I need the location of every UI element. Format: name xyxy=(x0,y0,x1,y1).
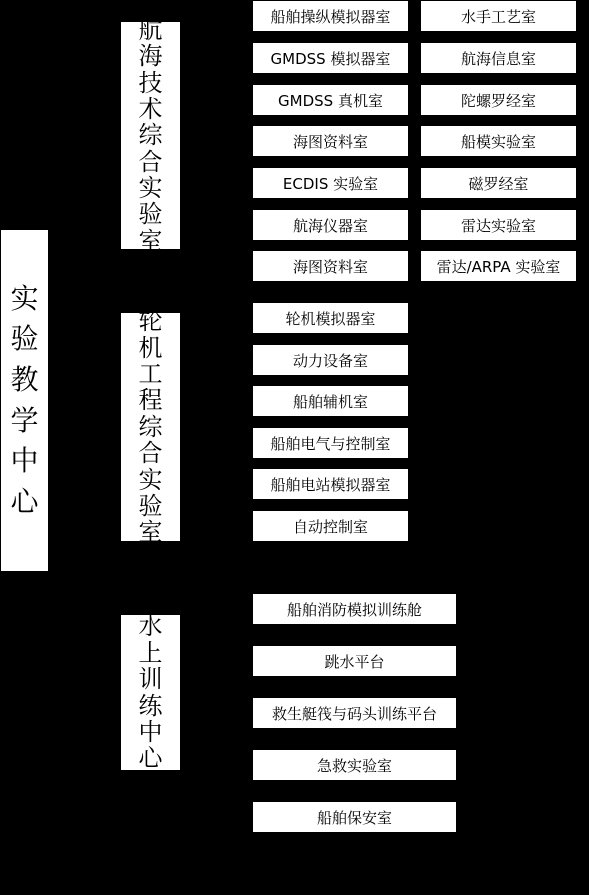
lab-node: 轮机模拟器室 xyxy=(253,303,408,333)
vertical-label-char: 综 xyxy=(139,122,163,148)
vertical-label-char: 上 xyxy=(139,640,163,666)
vertical-label-char: 中 xyxy=(139,719,163,745)
lab-node: 船舶电气与控制室 xyxy=(253,428,408,458)
category-navigation-technology-lab: 航海技术综合实验室 xyxy=(121,22,180,249)
root-node-experimental-teaching-center: 实验教学中心 xyxy=(1,230,48,571)
lab-node: 陀螺罗经室 xyxy=(421,85,576,115)
vertical-label-char: 海 xyxy=(139,43,163,69)
vertical-label-char: 合 xyxy=(139,440,163,466)
lab-node: 跳水平台 xyxy=(253,646,456,676)
lab-node: 磁罗经室 xyxy=(421,168,576,198)
vertical-label-char: 教 xyxy=(10,360,38,401)
vertical-label-char: 验 xyxy=(10,319,38,360)
vertical-label-char: 轮 xyxy=(139,308,163,334)
vertical-label-char: 心 xyxy=(10,482,38,523)
vertical-label-char: 室 xyxy=(139,519,163,545)
vertical-label-char: 训 xyxy=(139,666,163,692)
category-marine-engineering-lab: 轮机工程综合实验室 xyxy=(121,313,180,541)
vertical-label-char: 验 xyxy=(139,493,163,519)
category-water-training-center: 水上训练中心 xyxy=(121,615,180,770)
lab-node: GMDSS 模拟器室 xyxy=(253,43,408,73)
vertical-label-char: 术 xyxy=(139,96,163,122)
lab-node: 雷达实验室 xyxy=(421,210,576,240)
vertical-label-char: 合 xyxy=(139,149,163,175)
vertical-label-char: 工 xyxy=(139,361,163,387)
vertical-label-char: 水 xyxy=(139,613,163,639)
lab-node: 船舶保安室 xyxy=(253,802,456,832)
vertical-label-char: 心 xyxy=(139,745,163,771)
lab-node: 水手工艺室 xyxy=(421,1,576,31)
vertical-label-char: 程 xyxy=(139,387,163,413)
lab-node: 雷达/ARPA 实验室 xyxy=(421,251,576,281)
vertical-label-char: 实 xyxy=(10,279,38,320)
vertical-label-char: 学 xyxy=(10,401,38,442)
vertical-label-char: 机 xyxy=(139,335,163,361)
lab-node: 船舶操纵模拟器室 xyxy=(253,1,408,31)
vertical-label-char: 练 xyxy=(139,693,163,719)
vertical-label-char: 技 xyxy=(139,70,163,96)
lab-node: 船舶消防模拟训练舱 xyxy=(253,594,456,624)
lab-node: 救生艇筏与码头训练平台 xyxy=(253,698,456,728)
lab-node: 航海信息室 xyxy=(421,43,576,73)
vertical-label-char: 航 xyxy=(139,17,163,43)
lab-node: 海图资料室 xyxy=(253,251,408,281)
lab-node: 航海仪器室 xyxy=(253,210,408,240)
vertical-label-char: 综 xyxy=(139,414,163,440)
lab-node: ECDIS 实验室 xyxy=(253,168,408,198)
lab-node: 海图资料室 xyxy=(253,126,408,156)
lab-node: 动力设备室 xyxy=(253,345,408,375)
lab-node: 船舶电站模拟器室 xyxy=(253,469,408,499)
vertical-label-char: 实 xyxy=(139,467,163,493)
lab-node: 自动控制室 xyxy=(253,511,408,541)
vertical-label-char: 中 xyxy=(10,441,38,482)
vertical-label-char: 室 xyxy=(139,228,163,254)
vertical-label-char: 实 xyxy=(139,175,163,201)
vertical-label-char: 验 xyxy=(139,201,163,227)
lab-node: 船舶辅机室 xyxy=(253,386,408,416)
lab-node: 船模实验室 xyxy=(421,126,576,156)
lab-node: GMDSS 真机室 xyxy=(253,85,408,115)
lab-node: 急救实验室 xyxy=(253,750,456,780)
